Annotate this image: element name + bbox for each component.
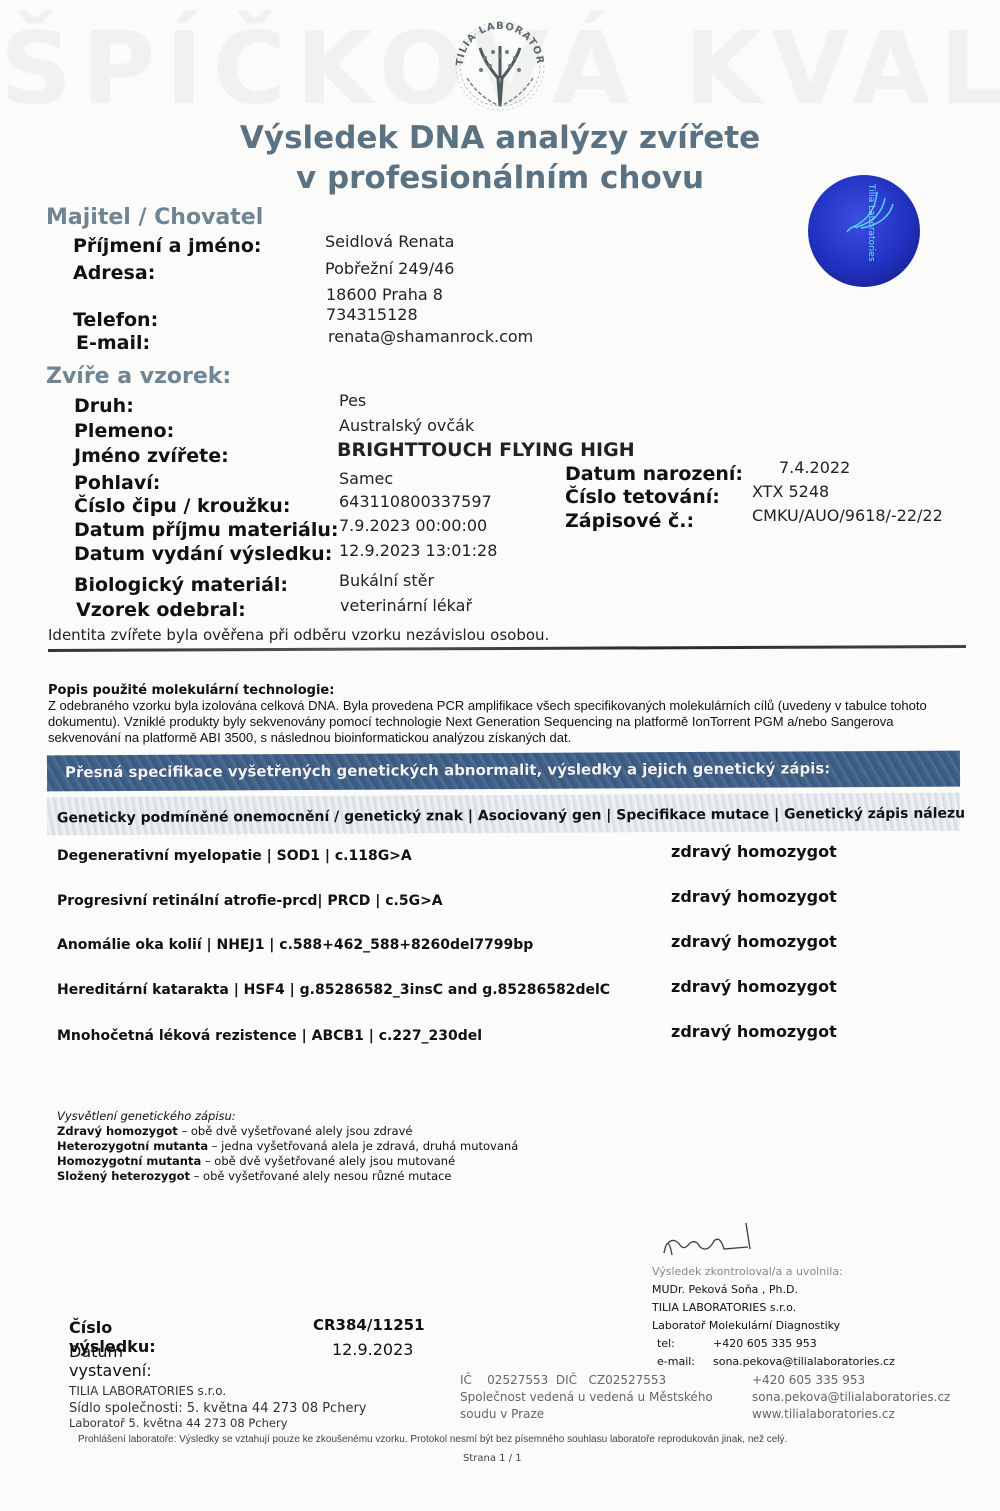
biological-material-value: Bukální stěr xyxy=(339,571,434,590)
genetic-notation-legend: Vysvětlení genetického zápisu: Zdravý ho… xyxy=(57,1109,518,1184)
tattoo-number-value: XTX 5248 xyxy=(752,482,829,501)
page-number: Strana 1 / 1 xyxy=(463,1453,522,1464)
footer-company-info: TILIA LABORATORIES s.r.o. Sídlo společno… xyxy=(69,1383,366,1430)
signer-tel: +420 605 335 953 xyxy=(713,1335,817,1353)
results-section-banner: Přesná specifikace vyšetřených genetický… xyxy=(47,751,960,792)
result-row-value: zdravý homozygot xyxy=(671,932,837,951)
hologram-seal-icon: Tilia Laboratories xyxy=(805,172,923,290)
footer-company-name: TILIA LABORATORIES s.r.o. xyxy=(69,1383,366,1400)
issue-date-label: Datum vydání výsledku: xyxy=(74,543,332,565)
registration-number-label: Zápisové č.: xyxy=(565,510,694,532)
registration-number-value: CMKU/AUO/9618/-22/22 xyxy=(752,506,943,525)
result-row-value: zdravý homozygot xyxy=(671,887,837,906)
tattoo-number-label: Číslo tetování: xyxy=(565,486,720,508)
result-row-value: zdravý homozygot xyxy=(671,842,837,861)
owner-address-street: Pobřežní 249/46 xyxy=(325,259,454,278)
signature-icon xyxy=(658,1215,768,1265)
footer-ids: IČ 02527553 DIČ CZ02527553 xyxy=(460,1372,713,1389)
sample-taken-by-value: veterinární lékař xyxy=(340,596,472,615)
footer-email[interactable]: sona.pekova@tilialaboratories.cz xyxy=(752,1389,950,1406)
result-row-value: zdravý homozygot xyxy=(671,977,837,996)
chip-number-label: Číslo čipu / kroužku: xyxy=(74,495,290,517)
species-label: Druh: xyxy=(74,395,134,417)
svg-text:Tilia Laboratories: Tilia Laboratories xyxy=(866,183,876,262)
footer-contact: +420 605 335 953 sona.pekova@tilialabora… xyxy=(752,1372,950,1423)
footer-lab-address: Laboratoř 5. května 44 273 08 Pchery xyxy=(69,1417,366,1430)
owner-name-label: Příjmení a jméno: xyxy=(73,235,261,257)
technology-description: Z odebraného vzorku byla izolována celko… xyxy=(48,698,966,746)
footer-court-line2: soudu v Praze xyxy=(460,1406,713,1423)
owner-section-heading: Majitel / Chovatel xyxy=(46,205,263,230)
svg-text:TILIA LABORATORIES: TILIA LABORATORIES xyxy=(445,8,545,66)
result-row-test: Hereditární katarakta | HSF4 | g.8528658… xyxy=(57,982,610,998)
biological-material-label: Biologický materiál: xyxy=(74,574,288,596)
owner-address-city: 18600 Praha 8 xyxy=(326,285,443,304)
signer-department: Laboratoř Molekulární Diagnostiky xyxy=(652,1317,895,1335)
sample-taken-by-label: Vzorek odebral: xyxy=(76,599,246,621)
breed-label: Plemeno: xyxy=(74,420,174,442)
animal-section-heading: Zvíře a vzorek: xyxy=(46,364,231,389)
signer-block: Výsledek zkontroloval/a a uvolnila: MUDr… xyxy=(652,1263,895,1371)
owner-phone-label: Telefon: xyxy=(73,309,158,331)
signer-company: TILIA LABORATORIES s.r.o. xyxy=(652,1299,895,1317)
animal-name-value: BRIGHTTOUCH FLYING HIGH xyxy=(337,439,635,461)
technology-title: Popis použité molekulární technologie: xyxy=(48,683,334,698)
section-divider xyxy=(48,645,966,652)
owner-email-value: renata@shamanrock.com xyxy=(328,327,533,346)
signer-tel-label: tel: xyxy=(657,1335,713,1353)
sex-value: Samec xyxy=(339,469,393,488)
result-row-value: zdravý homozygot xyxy=(671,1022,837,1041)
birth-date-label: Datum narození: xyxy=(565,463,743,485)
legend-item: Složený heterozygot – obě vyšetřované al… xyxy=(57,1169,518,1184)
footer-court-line1: Společnost vedená u vedená u Městského xyxy=(460,1389,713,1406)
owner-name-value: Seidlová Renata xyxy=(325,232,454,251)
signer-email[interactable]: sona.pekova@tilialaboratories.cz xyxy=(713,1353,895,1371)
legend-title: Vysvětlení genetického zápisu: xyxy=(57,1109,518,1124)
animal-name-label: Jméno zvířete: xyxy=(74,445,229,467)
identity-note: Identita zvířete byla ověřena při odběru… xyxy=(48,626,549,644)
result-row-test: Degenerativní myelopatie | SOD1 | c.118G… xyxy=(57,848,412,864)
title-line-1: Výsledek DNA analýzy zvířete xyxy=(0,118,1000,158)
result-row-test: Mnohočetná léková rezistence | ABCB1 | c… xyxy=(57,1028,482,1044)
legend-item: Heterozygotní mutanta – jedna vyšetřovan… xyxy=(57,1139,518,1154)
owner-email-label: E-mail: xyxy=(76,332,150,354)
breed-value: Australský ovčák xyxy=(339,416,474,435)
chip-number-value: 643110800337597 xyxy=(339,492,492,511)
owner-phone-value: 734315128 xyxy=(326,305,418,324)
result-number-value: CR384/11251 xyxy=(313,1316,425,1334)
owner-address-label: Adresa: xyxy=(73,262,155,284)
results-column-header-text: Geneticky podmíněné onemocnění / genetic… xyxy=(57,806,965,827)
signer-email-label: e-mail: xyxy=(657,1353,713,1371)
results-section-title: Přesná specifikace vyšetřených genetický… xyxy=(65,759,830,781)
sex-label: Pohlaví: xyxy=(74,472,160,494)
issue-date-value-footer: 12.9.2023 xyxy=(332,1340,413,1359)
lab-disclaimer: Prohlášení laboratoře: Výsledky se vztah… xyxy=(78,1434,787,1445)
legend-item: Zdravý homozygot – obě dvě vyšetřované a… xyxy=(57,1124,518,1139)
tilia-laboratories-logo: TILIA LABORATORIES xyxy=(445,8,555,116)
footer-seat: Sídlo společnosti: 5. května 44 273 08 P… xyxy=(69,1400,366,1417)
issue-date-label-footer: Datum vystavení: xyxy=(69,1342,152,1380)
result-row-test: Progresivní retinální atrofie-prcd| PRCD… xyxy=(57,893,443,909)
results-column-header: Geneticky podmíněné onemocnění / genetic… xyxy=(47,793,960,836)
receipt-date-label: Datum příjmu materiálu: xyxy=(74,519,338,541)
checked-by-label: Výsledek zkontroloval/a a uvolnila: xyxy=(652,1263,895,1281)
issue-date-value: 12.9.2023 13:01:28 xyxy=(339,541,497,560)
species-value: Pes xyxy=(339,391,366,410)
footer-legal-info: IČ 02527553 DIČ CZ02527553 Společnost ve… xyxy=(460,1372,713,1423)
footer-website[interactable]: www.tilialaboratories.cz xyxy=(752,1406,950,1423)
footer-phone: +420 605 335 953 xyxy=(752,1372,950,1389)
legend-item: Homozygotní mutanta – obě dvě vyšetřovan… xyxy=(57,1154,518,1169)
receipt-date-value: 7.9.2023 00:00:00 xyxy=(339,516,487,535)
result-row-test: Anomálie oka kolií | NHEJ1 | c.588+462_5… xyxy=(57,937,533,953)
birth-date-value: 7.4.2022 xyxy=(779,458,850,477)
signer-name: MUDr. Peková Soňa , Ph.D. xyxy=(652,1281,895,1299)
